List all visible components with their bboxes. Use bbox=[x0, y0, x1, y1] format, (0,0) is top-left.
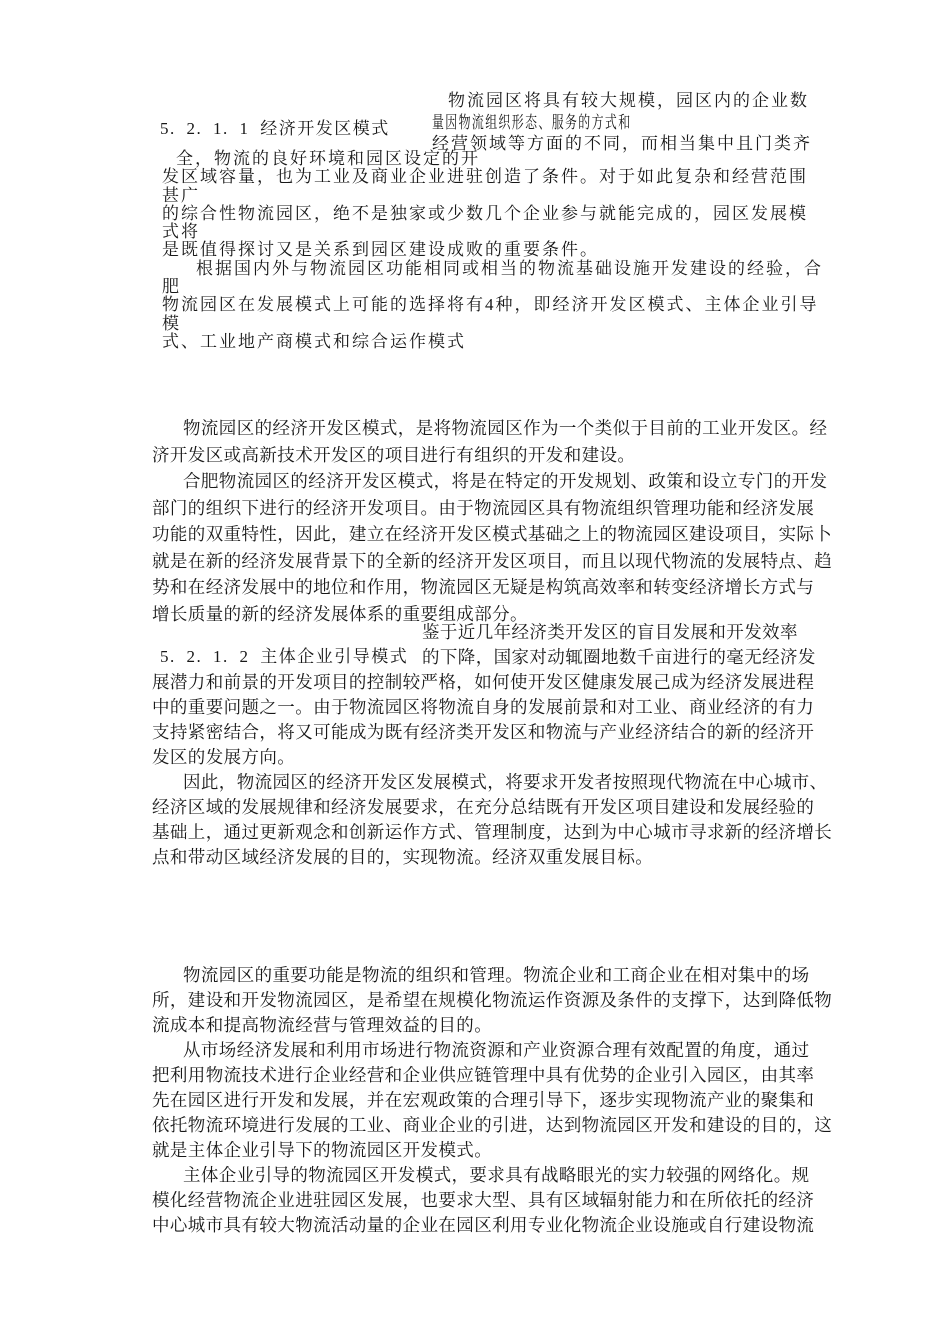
text-line: 式、工业地产商模式和综合运作模式 bbox=[162, 333, 823, 351]
text-line: 展潜力和前景的开发项目的控制较严格，如何使开发区健康发展己成为经济发展进程 bbox=[152, 670, 832, 695]
text-line: 中心城市具有较大物流活动量的企业在园区利用专业化物流企业设施或自行建设物流 bbox=[152, 1213, 832, 1238]
text-line: 势和在经济发展中的地位和作用，物流园区无疑是构筑高效率和转变经济增长方式与 bbox=[152, 574, 832, 601]
text-line: 流成本和提高物流经营与管理效益的目的。 bbox=[152, 1013, 832, 1038]
text-line: 模 bbox=[162, 315, 823, 333]
text-line: 是既值得探讨又是关系到园区建设成败的重要条件。 bbox=[162, 241, 823, 259]
section2-economic-dev-zone-paragraphs: 物流园区的经济开发区模式，是将物流园区作为一个类似于目前的工业开发区。经 济开发… bbox=[152, 415, 832, 627]
text-line: 中的重要问题之一。由于物流园区将物流自身的发展前景和对工业、商业经济的有力 bbox=[152, 695, 832, 720]
text-line: 全，物流的良好环境和园区设定的开 bbox=[162, 150, 823, 168]
text-line: 济开发区或高新技术开发区的项目进行有组织的开发和建设。 bbox=[152, 442, 832, 469]
section1-body: 全，物流的良好环境和园区设定的开 发区域容量，也为工业及商业企业进驻创造了条件。… bbox=[162, 150, 823, 351]
text-line: 物流园区将具有较大规模，园区内的企业数 bbox=[162, 90, 812, 112]
text-line: 从市场经济发展和利用市场进行物流资源和产业资源合理有效配置的角度，通过 bbox=[152, 1038, 832, 1063]
text-line: 发区域容量，也为工业及商业企业进驻创造了条件。对于如此复杂和经营范围 bbox=[162, 168, 823, 186]
text-line: 物流园区的经济开发区模式，是将物流园区作为一个类似于目前的工业开发区。经 bbox=[152, 415, 832, 442]
text-line: 甚广 bbox=[162, 187, 823, 205]
text-line: 模化经营物流企业进驻园区发展，也要求大型、具有区域辐射能力和在所依托的经济 bbox=[152, 1188, 832, 1213]
section3-leading-enterprise-paragraphs: 鉴于近几年经济类开发区的盲目发展和开发效率 的下降，国家对动辄圈地数千亩进行的毫… bbox=[152, 620, 832, 870]
text-line: 主体企业引导的物流园区开发模式，要求具有战略眼光的实力较强的网络化。规 bbox=[152, 1163, 832, 1188]
text-line: 部门的组织下进行的经济开发项目。由于物流园区具有物流组织管理功能和经济发展 bbox=[152, 495, 832, 522]
text-line: 的综合性物流园区，绝不是独家或少数几个企业参与就能完成的，园区发展模 bbox=[162, 205, 823, 223]
text-line: 物流园区在发展模式上可能的选择将有4种，即经济开发区模式、主体企业引导 bbox=[162, 296, 823, 314]
section1-right-column: 物流园区将具有较大规模，园区内的企业数 量因物流组织形态、服务的方式和 经营领域… bbox=[162, 90, 812, 155]
text-line: 式将 bbox=[162, 223, 823, 241]
text-line: 支持紧密结合，将又可能成为既有经济类开发区和物流与产业经济结合的新的经济开 bbox=[152, 720, 832, 745]
text-line: 依托物流环境进行发展的工业、商业企业的引进，达到物流园区开发和建设的目的，这 bbox=[152, 1113, 832, 1138]
text-line: 肥 bbox=[162, 278, 823, 296]
text-line: 经济区域的发展规律和经济发展要求，在充分总结既有开发区项目建设和发展经验的 bbox=[152, 795, 832, 820]
text-line: 先在园区进行开发和发展，并在宏观政策的合理引导下，逐步实现物流产业的聚集和 bbox=[152, 1088, 832, 1113]
text-line: 量因物流组织形态、服务的方式和 bbox=[162, 112, 812, 134]
text-line: 的下降，国家对动辄圈地数千亩进行的毫无经济发 bbox=[152, 645, 832, 670]
text-line: 物流园区的重要功能是物流的组织和管理。物流企业和工商企业在相对集中的场 bbox=[152, 963, 832, 988]
text-line: 根据国内外与物流园区功能相同或相当的物流基础设施开发建设的经验，合 bbox=[162, 260, 823, 278]
text-line: 合肥物流园区的经济开发区模式，将是在特定的开发规划、政策和设立专门的开发 bbox=[152, 468, 832, 495]
text-line-squished: 量因物流组织形态、服务的方式和 bbox=[432, 112, 632, 134]
text-line: 功能的双重特性，因此，建立在经济开发区模式基础之上的物流园区建设项目，实际卜 bbox=[152, 521, 832, 548]
text-line: 就是在新的经济发展背景下的全新的经济开发区项目，而且以现代物流的发展特点、趋 bbox=[152, 548, 832, 575]
text-line: 发区的发展方向。 bbox=[152, 745, 832, 770]
text-line: 因此，物流园区的经济开发区发展模式，将要求开发者按照现代物流在中心城市、 bbox=[152, 770, 832, 795]
text-line: 鉴于近几年经济类开发区的盲目发展和开发效率 bbox=[152, 620, 832, 645]
text-line: 就是主体企业引导下的物流园区开发模式。 bbox=[152, 1138, 832, 1163]
text-line: 把利用物流技术进行企业经营和企业供应链管理中具有优势的企业引入园区，由其率 bbox=[152, 1063, 832, 1088]
document-page: 5. 2. 1. 1 经济开发区模式 物流园区将具有较大规模，园区内的企业数 量… bbox=[0, 0, 950, 1344]
text-line: 所，建设和开发物流园区，是希望在规模化物流运作资源及条件的支撑下，达到降低物 bbox=[152, 988, 832, 1013]
text-line: 点和带动区域经济发展的目的，实现物流。经济双重发展目标。 bbox=[152, 845, 832, 870]
section4-park-functions-paragraphs: 物流园区的重要功能是物流的组织和管理。物流企业和工商企业在相对集中的场 所，建设… bbox=[152, 963, 832, 1238]
text-line: 基础上，通过更新观念和创新运作方式、管理制度，达到为中心城市寻求新的经济增长 bbox=[152, 820, 832, 845]
